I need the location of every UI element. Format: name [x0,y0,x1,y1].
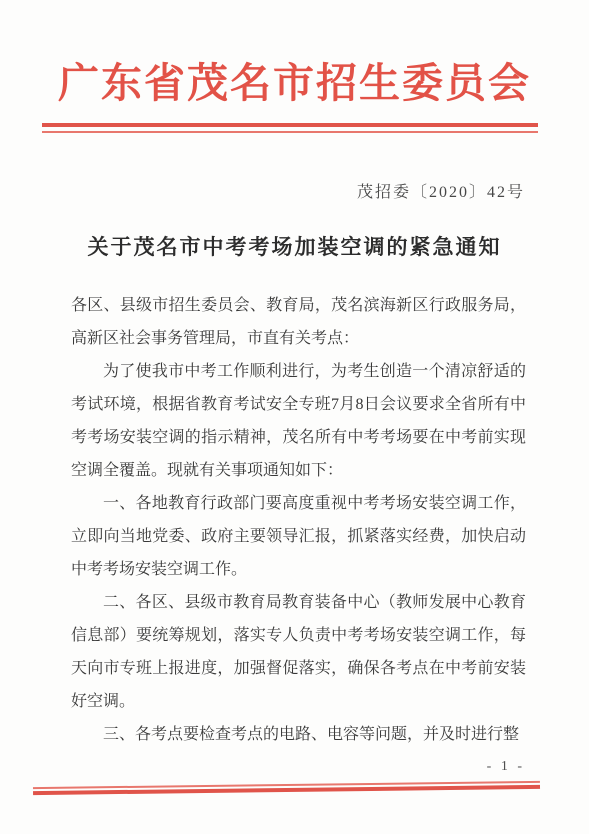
document-title: 关于茂名市中考考场加装空调的紧急通知 [0,231,589,261]
page-number: - 1 - [487,759,525,775]
scanned-official-document-page: 广东省茂名市招生委员会 茂招委〔2020〕42号 关于茂名市中考考场加装空调的紧… [0,0,589,834]
item-3-paragraph: 三、各考点要检查考点的电路、电容等问题，并及时进行整 [71,718,526,751]
salutation-paragraph: 各区、县级市招生委员会、教育局，茂名滨海新区行政服务局，高新区社会事务管理局，市… [71,289,526,355]
issuer-letterhead-title: 广东省茂名市招生委员会 [0,50,589,109]
item-1-paragraph: 一、各地教育行政部门要高度重视中考考场安装空调工作，立即向当地党委、政府主要领导… [71,487,526,586]
letterhead-divider-thin-line [42,131,538,133]
document-reference-number: 茂招委〔2020〕42号 [357,179,525,202]
item-2-paragraph: 二、各区、县级市教育局教育装备中心（教师发展中心教育信息部）要统筹规划，落实专人… [71,586,526,718]
document-body: 各区、县级市招生委员会、教育局，茂名滨海新区行政服务局，高新区社会事务管理局，市… [71,289,526,751]
footer-divider [33,781,540,795]
intro-paragraph: 为了使我市中考工作顺利进行，为考生创造一个清凉舒适的考试环境，根据省教育考试安全… [71,355,526,487]
letterhead-divider [42,123,538,133]
